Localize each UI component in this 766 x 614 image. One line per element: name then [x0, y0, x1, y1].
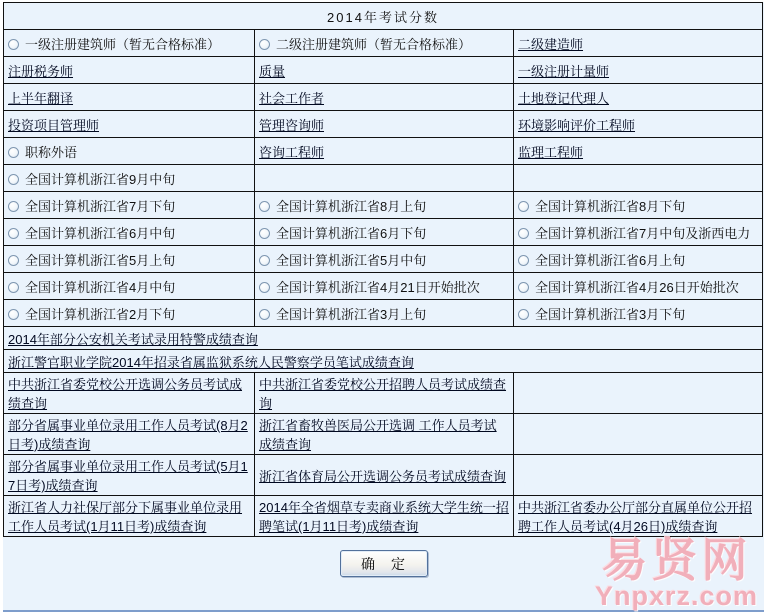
table-cell — [514, 373, 763, 414]
table-cell: 全国计算机浙江省5月上旬 — [4, 246, 255, 273]
exam-link[interactable]: 投资项目管理师 — [8, 118, 99, 133]
table-row: 浙江省人力社保厅部分下属事业单位录用工作人员考试(1月11日考)成绩查询2014… — [4, 496, 763, 537]
radio-label: 全国计算机浙江省4月21日开始批次 — [276, 280, 480, 295]
table-cell — [514, 165, 763, 192]
radio-label: 全国计算机浙江省7月下旬 — [25, 199, 175, 214]
table-row: 注册税务师质量一级注册计量师 — [4, 57, 763, 84]
table-cell: 全国计算机浙江省7月中旬及浙西电力 — [514, 219, 763, 246]
radio-label: 全国计算机浙江省3月上旬 — [276, 307, 426, 322]
table-cell: 职称外语 — [4, 138, 255, 165]
table-cell: 投资项目管理师 — [4, 111, 255, 138]
exam-link[interactable]: 部分省属事业单位录用工作人员考试(5月17日考)成绩查询 — [8, 459, 248, 493]
table-row: 全国计算机浙江省2月下旬全国计算机浙江省3月上旬全国计算机浙江省3月下旬 — [4, 300, 763, 327]
exam-link[interactable]: 注册税务师 — [8, 64, 73, 79]
radio-button[interactable] — [8, 255, 19, 266]
table-cell: 咨询工程师 — [255, 138, 514, 165]
exam-link[interactable]: 浙江省体育局公开选调公务员考试成绩查询 — [259, 469, 506, 484]
table-cell: 部分省属事业单位录用工作人员考试(5月17日考)成绩查询 — [4, 455, 255, 496]
table-cell: 浙江省畜牧兽医局公开选调 工作人员考试成绩查询 — [255, 414, 514, 455]
exam-link[interactable]: 部分省属事业单位录用工作人员考试(8月2日考)成绩查询 — [8, 418, 248, 452]
radio-label: 全国计算机浙江省8月上旬 — [276, 199, 426, 214]
table-row: 职称外语咨询工程师监理工程师 — [4, 138, 763, 165]
table-cell: 全国计算机浙江省6月下旬 — [255, 219, 514, 246]
table-cell: 中共浙江省委党校公开选调公务员考试成绩查询 — [4, 373, 255, 414]
radio-button[interactable] — [8, 282, 19, 293]
radio-label: 全国计算机浙江省2月下旬 — [25, 307, 175, 322]
table-cell: 土地登记代理人 — [514, 84, 763, 111]
table-cell: 浙江省人力社保厅部分下属事业单位录用工作人员考试(1月11日考)成绩查询 — [4, 496, 255, 537]
table-cell: 管理咨询师 — [255, 111, 514, 138]
table-cell: 浙江省体育局公开选调公务员考试成绩查询 — [255, 455, 514, 496]
radio-button[interactable] — [259, 39, 270, 50]
radio-button[interactable] — [518, 309, 529, 320]
exam-link[interactable]: 咨询工程师 — [259, 145, 324, 160]
radio-button[interactable] — [518, 228, 529, 239]
radio-label: 全国计算机浙江省4月中旬 — [25, 280, 175, 295]
watermark-en-text: Ynpxrz.com — [589, 583, 764, 610]
exam-link[interactable]: 2014年全省烟草专卖商业系统大学生统一招聘笔试(1月11日考)成绩查询 — [259, 500, 509, 534]
radio-button[interactable] — [518, 282, 529, 293]
page-container: 2014年考试分数 一级注册建筑师（暂无合格标准）二级注册建筑师（暂无合格标准）… — [3, 2, 764, 612]
radio-label: 二级注册建筑师（暂无合格标准） — [276, 37, 471, 52]
radio-button[interactable] — [259, 309, 270, 320]
radio-label: 全国计算机浙江省8月下旬 — [535, 199, 685, 214]
radio-label: 全国计算机浙江省7月中旬及浙西电力 — [535, 226, 750, 241]
table-row: 全国计算机浙江省9月中旬 — [4, 165, 763, 192]
radio-button[interactable] — [8, 39, 19, 50]
radio-label: 职称外语 — [25, 145, 77, 160]
table-row: 中共浙江省委党校公开选调公务员考试成绩查询中共浙江省委党校公开招聘人员考试成绩查… — [4, 373, 763, 414]
table-cell: 2014年全省烟草专卖商业系统大学生统一招聘笔试(1月11日考)成绩查询 — [255, 496, 514, 537]
radio-button[interactable] — [259, 255, 270, 266]
radio-button[interactable] — [259, 228, 270, 239]
table-cell: 2014年部分公安机关考试录用特警成绩查询 — [4, 327, 763, 350]
exam-link[interactable]: 2014年部分公安机关考试录用特警成绩查询 — [8, 332, 258, 347]
button-row: 确 定 — [3, 537, 764, 577]
table-cell: 全国计算机浙江省6月上旬 — [514, 246, 763, 273]
radio-label: 全国计算机浙江省5月上旬 — [25, 253, 175, 268]
exam-link[interactable]: 社会工作者 — [259, 91, 324, 106]
radio-label: 全国计算机浙江省5月中旬 — [276, 253, 426, 268]
table-cell: 一级注册建筑师（暂无合格标准） — [4, 30, 255, 57]
exam-link[interactable]: 环境影响评价工程师 — [518, 118, 635, 133]
exam-score-table: 2014年考试分数 一级注册建筑师（暂无合格标准）二级注册建筑师（暂无合格标准）… — [3, 2, 763, 537]
radio-label: 全国计算机浙江省6月上旬 — [535, 253, 685, 268]
table-cell: 中共浙江省委党校公开招聘人员考试成绩查询 — [255, 373, 514, 414]
exam-link[interactable]: 上半年翻译 — [8, 91, 73, 106]
table-cell: 全国计算机浙江省5月中旬 — [255, 246, 514, 273]
table-cell: 注册税务师 — [4, 57, 255, 84]
table-cell: 部分省属事业单位录用工作人员考试(8月2日考)成绩查询 — [4, 414, 255, 455]
table-cell: 全国计算机浙江省6月中旬 — [4, 219, 255, 246]
radio-label: 全国计算机浙江省9月中旬 — [25, 172, 175, 187]
exam-link[interactable]: 浙江警官职业学院2014年招录省属监狱系统人民警察学员笔试成绩查询 — [8, 355, 414, 370]
radio-button[interactable] — [8, 201, 19, 212]
radio-label: 全国计算机浙江省4月26日开始批次 — [535, 280, 739, 295]
table-row: 全国计算机浙江省4月中旬全国计算机浙江省4月21日开始批次全国计算机浙江省4月2… — [4, 273, 763, 300]
table-row: 2014年部分公安机关考试录用特警成绩查询 — [4, 327, 763, 350]
radio-button[interactable] — [259, 282, 270, 293]
table-row: 浙江警官职业学院2014年招录省属监狱系统人民警察学员笔试成绩查询 — [4, 350, 763, 373]
table-row: 上半年翻译社会工作者土地登记代理人 — [4, 84, 763, 111]
table-row: 部分省属事业单位录用工作人员考试(5月17日考)成绩查询浙江省体育局公开选调公务… — [4, 455, 763, 496]
exam-link[interactable]: 监理工程师 — [518, 145, 583, 160]
exam-link[interactable]: 质量 — [259, 64, 285, 79]
table-cell: 全国计算机浙江省9月中旬 — [4, 165, 255, 192]
table-cell: 中共浙江省委办公厅部分直属单位公开招聘工作人员考试(4月26日)成绩查询 — [514, 496, 763, 537]
table-cell: 质量 — [255, 57, 514, 84]
table-cell: 全国计算机浙江省8月下旬 — [514, 192, 763, 219]
table-cell: 全国计算机浙江省4月21日开始批次 — [255, 273, 514, 300]
table-cell: 全国计算机浙江省4月中旬 — [4, 273, 255, 300]
table-row: 全国计算机浙江省7月下旬全国计算机浙江省8月上旬全国计算机浙江省8月下旬 — [4, 192, 763, 219]
radio-label: 一级注册建筑师（暂无合格标准） — [25, 37, 220, 52]
exam-link[interactable]: 一级注册计量师 — [518, 64, 609, 79]
table-cell: 浙江警官职业学院2014年招录省属监狱系统人民警察学员笔试成绩查询 — [4, 350, 763, 373]
table-cell: 全国计算机浙江省7月下旬 — [4, 192, 255, 219]
title-row: 2014年考试分数 — [4, 3, 763, 30]
exam-link[interactable]: 浙江省人力社保厅部分下属事业单位录用工作人员考试(1月11日考)成绩查询 — [8, 500, 242, 534]
table-cell: 全国计算机浙江省4月26日开始批次 — [514, 273, 763, 300]
exam-link[interactable]: 二级建造师 — [518, 37, 583, 52]
table-cell: 全国计算机浙江省8月上旬 — [255, 192, 514, 219]
table-cell — [255, 165, 514, 192]
exam-link[interactable]: 土地登记代理人 — [518, 91, 609, 106]
table-cell: 全国计算机浙江省2月下旬 — [4, 300, 255, 327]
table-cell — [514, 455, 763, 496]
table-cell: 全国计算机浙江省3月下旬 — [514, 300, 763, 327]
table-cell: 二级建造师 — [514, 30, 763, 57]
radio-button[interactable] — [8, 174, 19, 185]
radio-label: 全国计算机浙江省6月下旬 — [276, 226, 426, 241]
table-cell: 监理工程师 — [514, 138, 763, 165]
radio-button[interactable] — [518, 201, 529, 212]
exam-table-body: 一级注册建筑师（暂无合格标准）二级注册建筑师（暂无合格标准）二级建造师注册税务师… — [4, 30, 763, 537]
radio-button[interactable] — [8, 147, 19, 158]
table-cell — [514, 414, 763, 455]
confirm-button[interactable]: 确 定 — [340, 550, 428, 577]
radio-label: 全国计算机浙江省3月下旬 — [535, 307, 685, 322]
table-row: 一级注册建筑师（暂无合格标准）二级注册建筑师（暂无合格标准）二级建造师 — [4, 30, 763, 57]
table-row: 投资项目管理师管理咨询师环境影响评价工程师 — [4, 111, 763, 138]
table-cell: 上半年翻译 — [4, 84, 255, 111]
exam-link[interactable]: 浙江省畜牧兽医局公开选调 工作人员考试成绩查询 — [259, 418, 497, 452]
exam-link[interactable]: 中共浙江省委党校公开招聘人员考试成绩查询 — [259, 377, 506, 411]
table-row: 部分省属事业单位录用工作人员考试(8月2日考)成绩查询浙江省畜牧兽医局公开选调 … — [4, 414, 763, 455]
table-cell: 一级注册计量师 — [514, 57, 763, 84]
table-row: 全国计算机浙江省5月上旬全国计算机浙江省5月中旬全国计算机浙江省6月上旬 — [4, 246, 763, 273]
table-cell: 环境影响评价工程师 — [514, 111, 763, 138]
table-cell: 全国计算机浙江省3月上旬 — [255, 300, 514, 327]
radio-button[interactable] — [8, 309, 19, 320]
exam-link[interactable]: 管理咨询师 — [259, 118, 324, 133]
table-row: 全国计算机浙江省6月中旬全国计算机浙江省6月下旬全国计算机浙江省7月中旬及浙西电… — [4, 219, 763, 246]
radio-label: 全国计算机浙江省6月中旬 — [25, 226, 175, 241]
radio-button[interactable] — [8, 228, 19, 239]
exam-link[interactable]: 中共浙江省委党校公开选调公务员考试成绩查询 — [8, 377, 242, 411]
exam-link[interactable]: 中共浙江省委办公厅部分直属单位公开招聘工作人员考试(4月26日)成绩查询 — [518, 500, 752, 534]
page-title: 2014年考试分数 — [4, 3, 763, 30]
radio-button[interactable] — [518, 255, 529, 266]
radio-button[interactable] — [259, 201, 270, 212]
table-cell: 二级注册建筑师（暂无合格标准） — [255, 30, 514, 57]
table-cell: 社会工作者 — [255, 84, 514, 111]
